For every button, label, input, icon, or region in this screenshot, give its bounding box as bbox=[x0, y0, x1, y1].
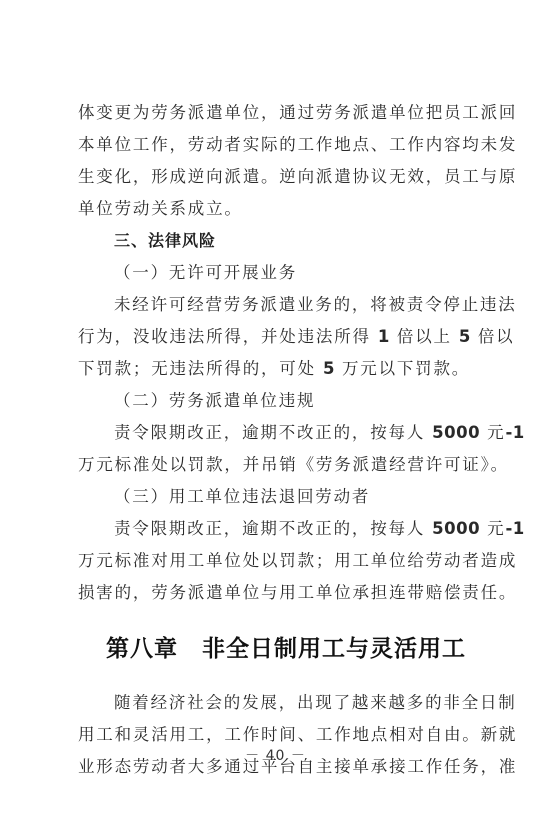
section-heading: 三、法律风险 bbox=[78, 225, 472, 257]
chapter-title: 非全日制用工与灵活用工 bbox=[202, 635, 466, 662]
text-run: 倍以 bbox=[471, 327, 515, 346]
paragraph-line: 本单位工作，劳动者实际的工作地点、工作内容均未发 bbox=[78, 129, 472, 161]
text-run: 万元标准处以罚款，并吊销《劳务派遣经营许可证》。 bbox=[78, 455, 509, 474]
text-run: 万元以下罚款。 bbox=[335, 359, 470, 378]
document-page: 体变更为劳务派遣单位，通过劳务派遣单位把员工派回 本单位工作，劳动者实际的工作地… bbox=[78, 97, 472, 783]
subsection-heading: （一）无许可开展业务 bbox=[78, 257, 472, 289]
number: 5 bbox=[323, 359, 335, 378]
text-run: 行为，没收违法所得，并处违法所得 bbox=[78, 327, 378, 346]
text-run: 元 bbox=[480, 423, 505, 442]
paragraph-line: 责令限期改正，逾期不改正的，按每人 5000 元-1 bbox=[78, 513, 472, 545]
number: 5000 bbox=[432, 423, 480, 442]
paragraph-line: 万元标准处以罚款，并吊销《劳务派遣经营许可证》。 bbox=[78, 449, 472, 481]
text-run: 责令限期改正，逾期不改正的，按每人 bbox=[114, 423, 432, 442]
paragraph-line: 未经许可经营劳务派遣业务的，将被责令停止违法 bbox=[78, 289, 472, 321]
text-run: 万元标准对用工单位处以罚款；用工单位给劳动者造成 bbox=[78, 551, 517, 570]
paragraph-line: 责令限期改正，逾期不改正的，按每人 5000 元-1 bbox=[78, 417, 472, 449]
text-run: 未经许可经营劳务派遣业务的，将被责令停止违法 bbox=[114, 295, 517, 314]
text-run: 下罚款；无违法所得的，可处 bbox=[78, 359, 323, 378]
number: -1 bbox=[505, 519, 524, 538]
text-run: 元 bbox=[480, 519, 505, 538]
text-run: 损害的，劳务派遣单位与用工单位承担连带赔偿责任。 bbox=[78, 583, 517, 602]
paragraph-line: 万元标准对用工单位处以罚款；用工单位给劳动者造成 bbox=[78, 545, 472, 577]
paragraph-line: 单位劳动关系成立。 bbox=[78, 193, 472, 225]
paragraph-line: 行为，没收违法所得，并处违法所得 1 倍以上 5 倍以 bbox=[78, 321, 472, 353]
number: 5 bbox=[459, 327, 471, 346]
paragraph-line: 生变化，形成逆向派遣。逆向派遣协议无效，员工与原 bbox=[78, 161, 472, 193]
paragraph-line: 下罚款；无违法所得的，可处 5 万元以下罚款。 bbox=[78, 353, 472, 385]
page-number: － 40 － bbox=[0, 745, 551, 765]
chapter-number: 第八章 bbox=[106, 635, 178, 662]
subsection-heading: （二）劳务派遣单位违规 bbox=[78, 385, 472, 417]
number: 1 bbox=[378, 327, 390, 346]
text-run: 倍以上 bbox=[390, 327, 459, 346]
paragraph-line: 随着经济社会的发展，出现了越来越多的非全日制 bbox=[78, 687, 472, 719]
chapter-heading: 第八章非全日制用工与灵活用工 bbox=[78, 629, 472, 669]
subsection-heading: （三）用工单位违法退回劳动者 bbox=[78, 481, 472, 513]
number: 5000 bbox=[432, 519, 480, 538]
paragraph-line: 体变更为劳务派遣单位，通过劳务派遣单位把员工派回 bbox=[78, 97, 472, 129]
text-run: 责令限期改正，逾期不改正的，按每人 bbox=[114, 519, 432, 538]
paragraph-line: 损害的，劳务派遣单位与用工单位承担连带赔偿责任。 bbox=[78, 577, 472, 609]
number: -1 bbox=[505, 423, 524, 442]
